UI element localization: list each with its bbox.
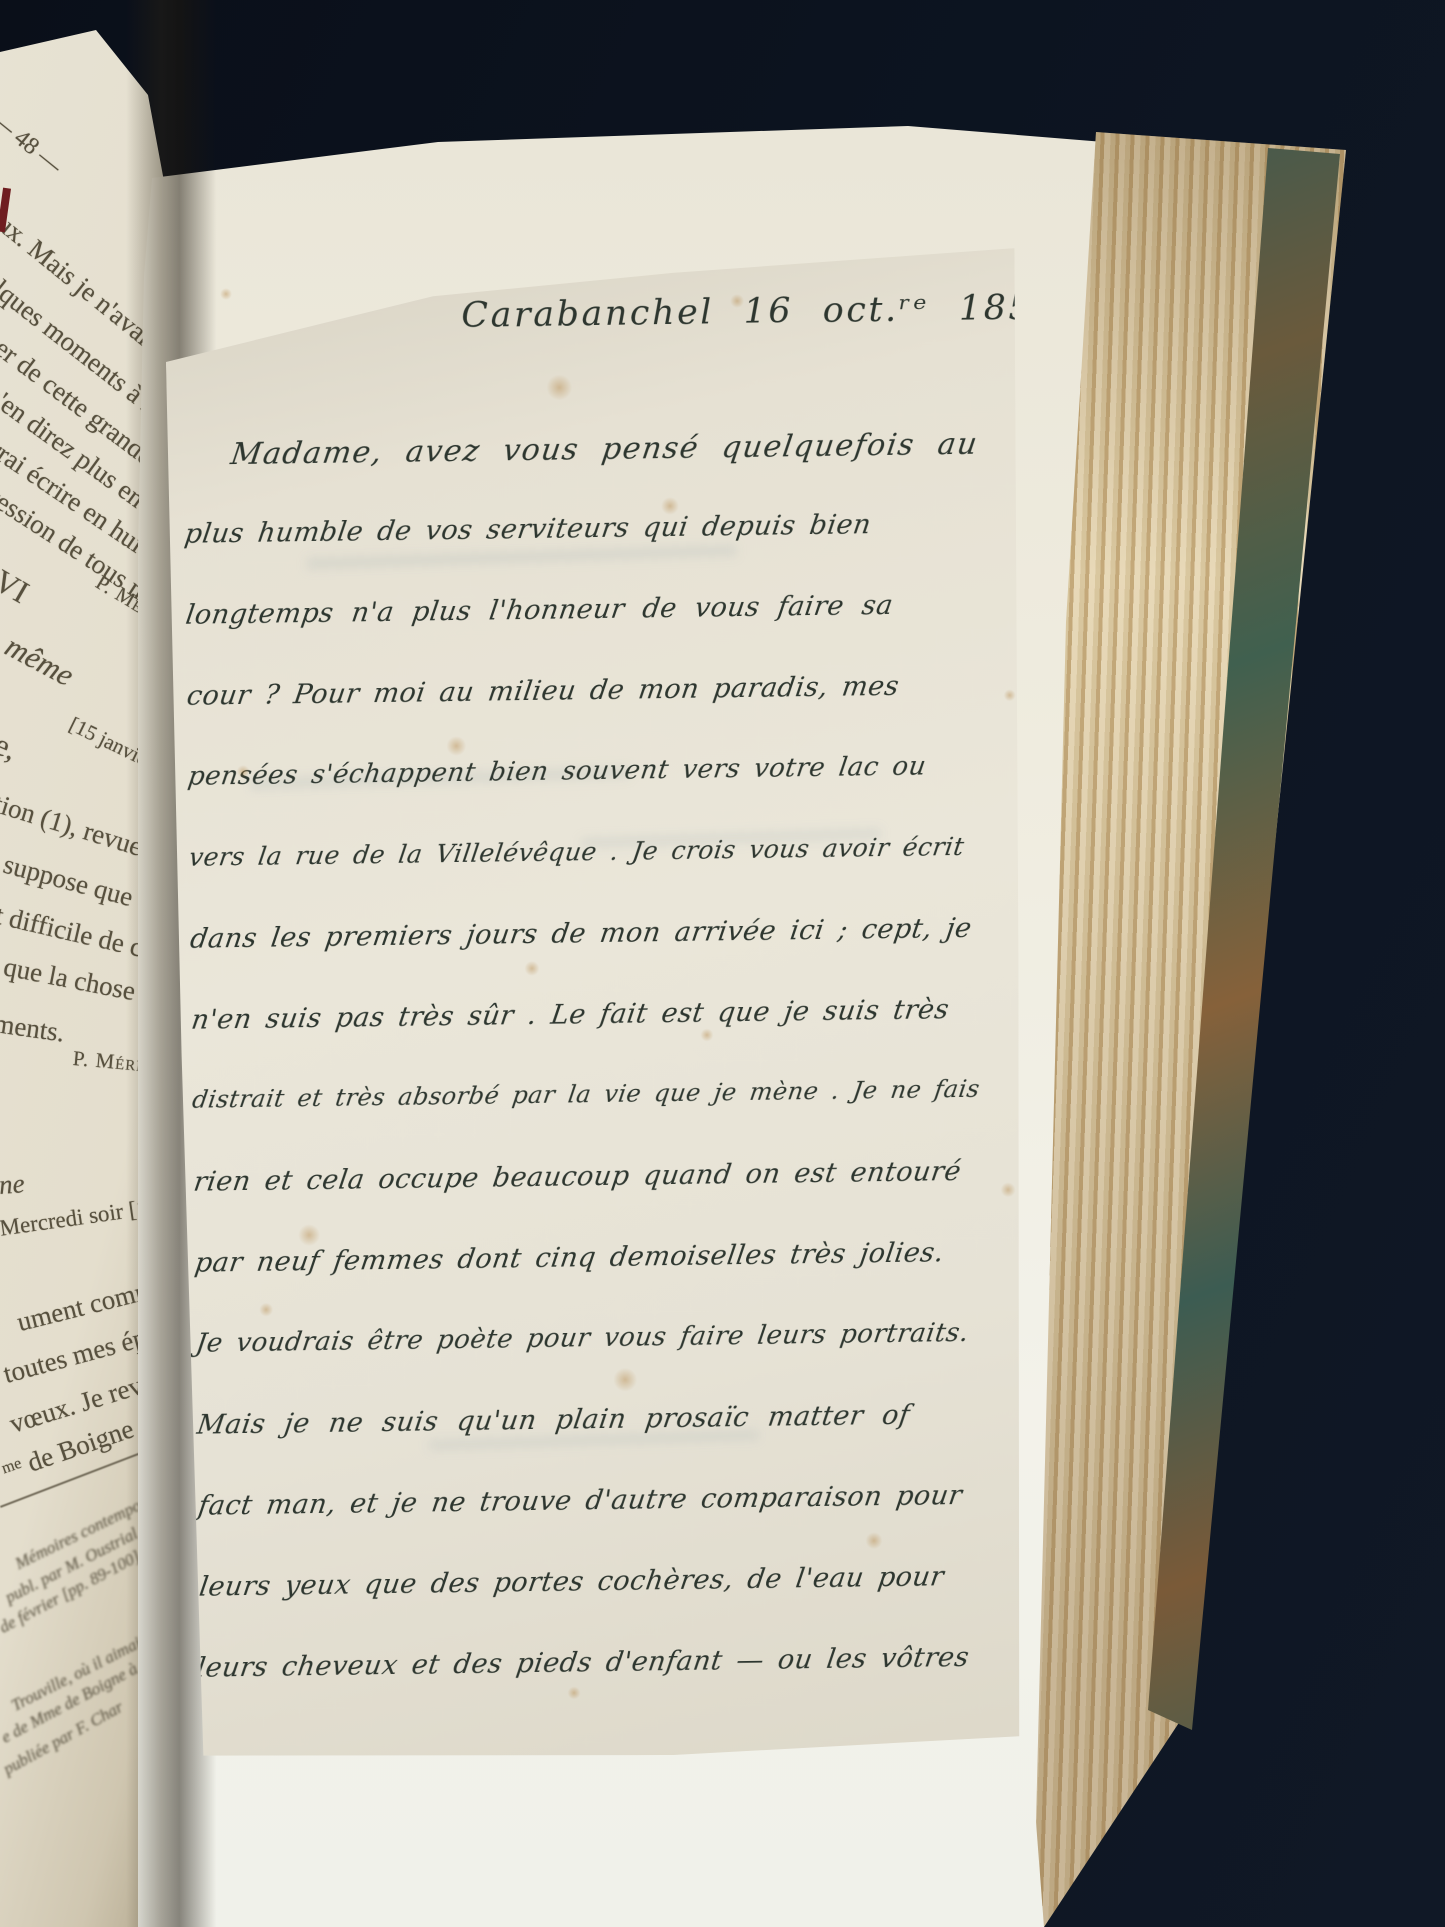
- letter-line: pensées s'échappent bien souvent vers vo…: [186, 751, 928, 791]
- letter-line: distrait et très absorbé par la vie que …: [190, 1075, 981, 1114]
- book-photo: — 48 — peux. Mais je n'avance q uelques …: [0, 0, 1445, 1927]
- letter-line: Mais je ne suis qu'un plain prosaïc matt…: [195, 1400, 912, 1441]
- printed-fragment: ne: [0, 1168, 26, 1201]
- printed-fragment: re,: [0, 722, 23, 768]
- letter-line: vers la rue de la Villelévêque . Je croi…: [187, 832, 966, 872]
- foxing-spot: [220, 288, 232, 300]
- foxing-spot: [1004, 689, 1016, 701]
- letter-line: n'en suis pas très sûr . Le fait est que…: [189, 994, 951, 1036]
- letter-line: dans les premiers jours de mon arrivée i…: [188, 913, 974, 955]
- letter-line: leurs cheveux et des pieds d'enfant — ou…: [194, 1642, 971, 1684]
- left-page-number: — 48 —: [0, 106, 67, 180]
- letter-line: Madame, avez vous pensé quelquefois au: [228, 427, 980, 473]
- foxing-spot: [546, 374, 572, 400]
- letter-line: rien et cela occupe beaucoup quand on es…: [192, 1156, 964, 1198]
- foxing-spot: [446, 736, 466, 756]
- letter-line: leurs yeux que des portes cochères, de l…: [197, 1561, 946, 1602]
- letter-line: cour ? Pour moi au milieu de mon paradis…: [185, 671, 901, 712]
- foxing-spot: [259, 1303, 273, 1317]
- tipped-in-letter: 8 Carabanchel 16 oct.ʳᵉ 1853 Madame, ave…: [152, 244, 1045, 1772]
- foxing-spot: [700, 1028, 713, 1041]
- letter-line: Je voudrais être poète pour vous faire l…: [194, 1318, 971, 1359]
- letter-dateline: Carabanchel 16 oct.ʳᵉ 1853: [461, 288, 1058, 336]
- printed-fragment: même: [0, 628, 80, 694]
- printed-fragment: ments.: [0, 1008, 67, 1049]
- foxing-spot: [237, 765, 250, 778]
- letter-line: fact man, et je ne trouve d'autre compar…: [196, 1480, 964, 1522]
- foxing-spot: [228, 148, 246, 166]
- foxing-spot: [567, 1686, 580, 1699]
- foxing-spot: [865, 1532, 882, 1549]
- foxing-spot: [524, 961, 539, 976]
- foxing-spot: [1000, 1182, 1015, 1197]
- chapter-numeral: VI: [0, 562, 35, 611]
- foxing-spot: [298, 1224, 320, 1246]
- showthrough-mark: [307, 544, 737, 570]
- letter-line: longtemps n'a plus l'honneur de vous fai…: [184, 590, 896, 631]
- foxing-spot: [613, 1368, 637, 1392]
- letter-line: plus humble de vos serviteurs qui depuis…: [183, 509, 874, 550]
